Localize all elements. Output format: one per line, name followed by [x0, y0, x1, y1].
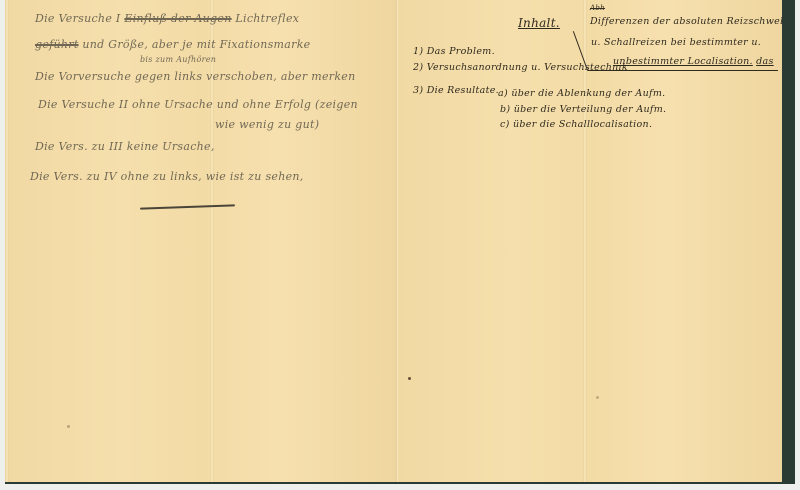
item-number: 3)	[413, 85, 423, 96]
note-line-6: Die Vers. zu IV ohne zu links, wie ist z…	[30, 170, 304, 183]
note-line-4-cont: wie wenig zu gut)	[215, 118, 319, 131]
subitem-c: c) über die Schalllocalisation.	[500, 119, 652, 130]
heading-line-2: u. Schallreizen bei bestimmter u.	[591, 37, 761, 48]
page-fold	[5, 0, 9, 482]
note-text: und Größe, aber je mit Fixationsmarke	[82, 38, 310, 51]
item-text: Das Problem.	[427, 46, 495, 57]
item-text: über die Schalllocalisation.	[513, 119, 652, 130]
heading-line-1: Differenzen der absoluten Reizschwelle	[590, 16, 782, 27]
contents-item-2: 2) Versuchsanordnung u. Versuchstechnik	[413, 62, 628, 73]
note-line-1: Die Versuche I Einfluß der Augen Lichtre…	[35, 12, 299, 25]
struck-text: das	[756, 56, 774, 67]
paper-spot	[67, 425, 70, 428]
item-text: über die Verteilung der Aufm.	[514, 104, 667, 115]
subitem-b: b) über die Verteilung der Aufm.	[500, 104, 666, 115]
struck-text: geführt	[35, 38, 79, 51]
heading-line-3: unbestimmter Localisation. das	[613, 56, 774, 67]
ink-spot	[408, 377, 411, 380]
note-text: Lichtreflex	[235, 12, 299, 25]
right-page: Inhalt. Abh Differenzen der absoluten Re…	[398, 0, 782, 482]
subitem-a: a) über die Ablenkung der Aufm.	[498, 88, 665, 99]
note-text: unbestimmter Localisation.	[613, 56, 753, 67]
note-line-2: geführt und Größe, aber je mit Fixations…	[35, 38, 310, 51]
note-line-3: Die Vorversuche gegen links verschoben, …	[35, 70, 355, 83]
interlinear-note: bis zum Aufhören	[140, 55, 216, 64]
contents-item-1: 1) Das Problem.	[413, 46, 495, 57]
contents-title: Inhalt.	[518, 16, 560, 30]
struck-text: Einfluß der Augen	[124, 12, 231, 25]
struck-text: Abh	[590, 4, 605, 12]
note-line-4: Die Versuche II ohne Ursache und ohne Er…	[38, 98, 358, 111]
item-number: b)	[500, 104, 510, 115]
item-number: 1)	[413, 46, 423, 57]
note-line-5: Die Vers. zu III keine Ursache,	[35, 140, 215, 153]
paper-spot	[596, 396, 599, 399]
note-text: Die Versuche I	[35, 12, 121, 25]
item-text: Versuchsanordnung u. Versuchstechnik	[427, 62, 628, 73]
item-text: über die Ablenkung der Aufm.	[511, 88, 665, 99]
item-number: a)	[498, 88, 508, 99]
contents-item-3: 3) Die Resultate.	[413, 85, 499, 96]
item-number: 2)	[413, 62, 423, 73]
struck-heading-word: Abh	[590, 4, 605, 12]
item-text: Die Resultate.	[427, 85, 499, 96]
item-number: c)	[500, 119, 510, 130]
closing-rule	[140, 204, 235, 209]
left-page: Die Versuche I Einfluß der Augen Lichtre…	[5, 0, 397, 482]
